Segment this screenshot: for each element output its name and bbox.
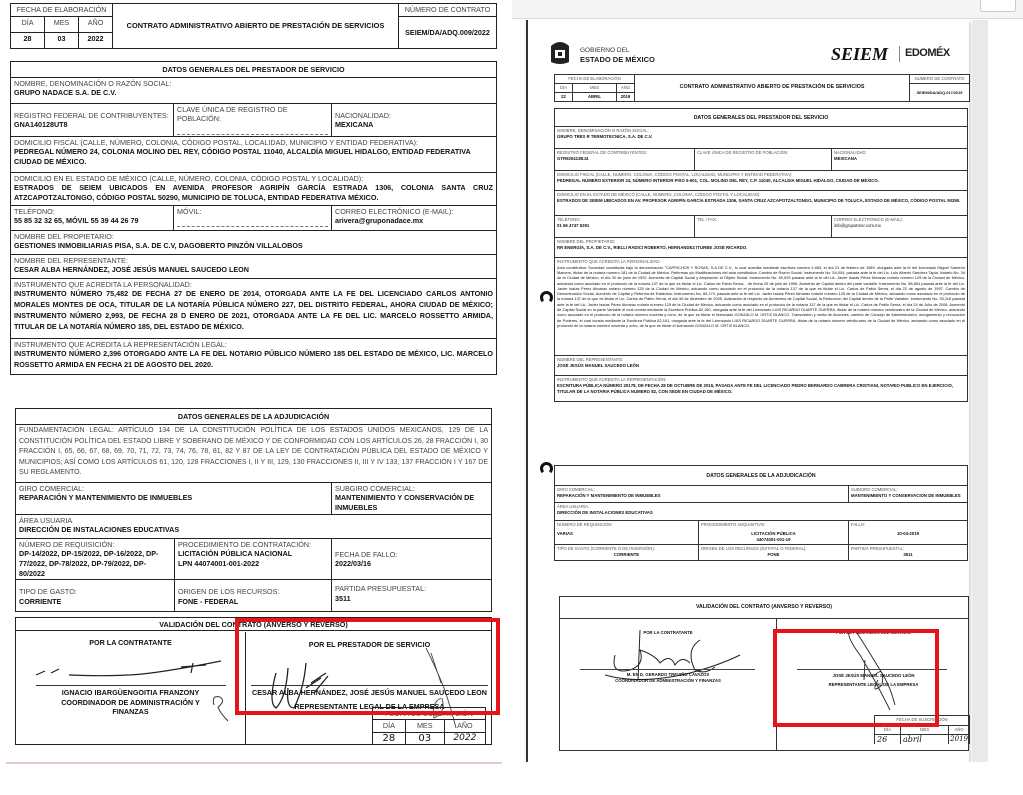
personalidad-value: Acta constitutiva: Sociedad constituida … xyxy=(557,265,965,328)
elaboracion-dia: 28 xyxy=(14,34,41,44)
telefono-label: TELÉFONO: xyxy=(14,207,170,216)
area-usuaria-label: ÁREA USUARIA xyxy=(19,516,488,525)
telefono-value: 55 85 32 32 65, MÓVIL 55 39 44 26 79 xyxy=(14,216,170,226)
adjudicacion-section-title: DATOS GENERALES DE LA ADJUDICACIÓN xyxy=(555,466,968,486)
contratante-role: COORDINADOR DE ADMINISTRACIÓN Y FINANZAS xyxy=(61,698,201,717)
suscripcion-dia-label: DÍA xyxy=(877,727,898,733)
contract-number: SEIEM/DA/ADQ.009/2022 xyxy=(402,28,493,38)
area-usuaria-value: DIRECCIÓN DE INSTALACIONES EDUCATIVAS xyxy=(19,525,488,535)
pdf-page: GOBIERNO DEL ESTADO DE MÉXICO SEIEM EDOM… xyxy=(526,20,969,762)
page-separator xyxy=(6,762,502,764)
suscripcion-mes: 03 xyxy=(405,732,444,744)
suscripcion-mes-label: MES xyxy=(903,727,946,733)
contract-title: CONTRATO ADMINISTRATIVO ABIERTO DE PREST… xyxy=(637,84,907,92)
suscripcion-dia: 26 xyxy=(875,734,901,744)
origen-value: FONE xyxy=(701,552,846,558)
seiem-logo: SEIEM xyxy=(831,44,888,65)
dia-label: DÍA xyxy=(557,85,570,91)
suscripcion-dia: 28 xyxy=(373,732,406,744)
signature-highlight-box xyxy=(235,618,500,715)
viewer-bottom xyxy=(512,762,1023,795)
validacion-section-title: VALIDACIÓN DEL CONTRATO (ANVERSO Y REVER… xyxy=(560,597,968,619)
mes-label: MES xyxy=(575,85,614,91)
elaboracion-anio: 2022 xyxy=(82,34,109,44)
procedimiento-number: LPN 44074001-001-2022 xyxy=(178,559,328,569)
email-value: arivera@gruponadace.mx xyxy=(335,216,493,226)
personalidad-label: INSTRUMENTO QUE ACREDITA LA PERSONALIDAD… xyxy=(14,280,493,289)
requisicion-value: VARIAS xyxy=(557,531,696,537)
suscripcion-mes: abril xyxy=(901,734,949,744)
prestador-section: DATOS GENERALES DEL PRESTADOR DEL SERVIC… xyxy=(554,108,968,402)
propietario-label: NOMBRE DEL PROPIETARIO: xyxy=(14,232,493,241)
fallo-value: 2022/03/16 xyxy=(335,559,488,569)
representacion-label: INSTRUMENTO QUE ACREDITA LA REPRESENTACI… xyxy=(14,340,493,349)
tipo-gasto-value: CORRIENTE xyxy=(19,597,171,607)
prestador-section-title: DATOS GENERALES DEL PRESTADOR DE SERVICI… xyxy=(11,62,497,78)
area-usuaria-value: DIRECCIÓN DE INSTALACIONES EDUCATIVAS xyxy=(557,510,965,516)
nombre-label: NOMBRE, DENOMINACIÓN O RAZÓN SOCIAL: xyxy=(14,79,493,88)
contratante-signature xyxy=(31,653,231,683)
prestador-section: DATOS GENERALES DEL PRESTADOR DE SERVICI… xyxy=(10,61,497,375)
personalidad-value: INSTRUMENTO NÚMERO 75,482 DE FECHA 27 DE… xyxy=(14,289,493,332)
elaboracion-mes: ABRIL xyxy=(575,94,614,100)
signature-highlight-box xyxy=(773,629,939,727)
elaboracion-anio: 2019 xyxy=(619,94,632,100)
domicilio-edomex: ESTRADOS DE SEIEM UBICADOS EN AV. PROFES… xyxy=(557,198,965,204)
origen-label: ORIGEN DE LOS RECURSOS: xyxy=(178,587,328,596)
suscripcion-dia-label: DÍA xyxy=(376,721,402,730)
adjudicacion-section-title: DATOS GENERALES DE LA ADJUDICACIÓN xyxy=(16,409,492,425)
contract-2022-document: FECHA DE ELABORACIÓN CONTRATO ADMINISTRA… xyxy=(0,0,512,795)
propietario-value: RR ENERGÍA, S.A. DE C.V., RIELLI RADICI … xyxy=(557,245,965,251)
giro-value: REPARACIÓN Y MANTENIMIENTO DE INMUEBLES xyxy=(557,493,846,499)
nacionalidad-label: NACIONALIDAD: xyxy=(335,111,493,120)
gobierno-edomex-logo-icon xyxy=(548,38,572,66)
representante-value: CESAR ALBA HERNÁNDEZ, JOSÉ JESÚS MANUEL … xyxy=(14,265,493,275)
subgiro-value: MANTENIMIENTO Y CONSERVACION DE INMUEBLE… xyxy=(851,493,965,499)
partida-label: PARTIDA PRESUPUESTAL: xyxy=(335,584,488,593)
edomex-logo: EDOMÉX xyxy=(905,47,950,59)
viewer-button[interactable] xyxy=(980,0,1016,12)
adjudicacion-section: DATOS GENERALES DE LA ADJUDICACIÓN FUNDA… xyxy=(15,408,492,612)
procedimiento-label: PROCEDIMIENTO DE CONTRATACIÓN: xyxy=(178,540,328,549)
fecha-elaboracion-label: FECHA DE ELABORACIÓN xyxy=(14,5,109,14)
rfc-value: GTR920413BJ4 xyxy=(557,156,692,162)
giro-label: GIRO COMERCIAL: xyxy=(19,484,328,493)
subgiro-value: MANTENIMIENTO Y CONSERVACIÓN DE INMUEBLE… xyxy=(335,493,488,512)
suscripcion-anio: 2019 xyxy=(949,734,970,744)
requisicion-label: NÚMERO DE REQUISICIÓN: xyxy=(19,540,171,549)
punch-hole-icon xyxy=(540,291,553,304)
contratante-initial xyxy=(206,693,236,723)
scrollbar[interactable] xyxy=(972,20,988,762)
telefono-value: 01 66 4747 5291 xyxy=(557,223,692,229)
domicilio-fiscal-label: DOMICILIO FISCAL (CALLE, NÚMERO, COLONIA… xyxy=(14,138,493,147)
procedimiento-label: PROCEDIMIENTO ADQUISITIVO: xyxy=(701,522,846,528)
numero-contrato-label: NÚMERO DE CONTRATO xyxy=(912,76,967,82)
nacionalidad-value: MEXICANA xyxy=(335,120,493,130)
movil-label: MÓVIL: xyxy=(177,207,328,216)
contratante-label: POR LA CONTRATANTE xyxy=(16,638,245,648)
fecha-elaboracion-label: FECHA DE ELABORACIÓN xyxy=(557,76,632,82)
suscripcion-mes-label: MES xyxy=(409,721,441,730)
viewer-toolbar xyxy=(512,0,1023,19)
comparison-view: FECHA DE ELABORACIÓN CONTRATO ADMINISTRA… xyxy=(0,0,1023,795)
domicilio-fiscal: PEDREGAL NÚMERO EXTERIOR 24, NÚMERO INTE… xyxy=(557,178,965,184)
contract-title: CONTRATO ADMINISTRATIVO ABIERTO DE PREST… xyxy=(116,21,395,31)
requisicion-value: DP-14/2022, DP-15/2022, DP-16/2022, DP-7… xyxy=(19,549,171,578)
estado-label: ESTADO DE MÉXICO xyxy=(580,55,655,64)
contract-header: FECHA DE ELABORACIÓN CONTRATO ADMINISTRA… xyxy=(554,74,970,102)
suscripcion-anio: 2022 xyxy=(444,732,485,744)
tipo-gasto-label: TIPO DE GASTO: xyxy=(19,587,171,596)
tipo-gasto-value: CORRIENTE xyxy=(557,552,696,558)
requisicion-label: NÚMERO DE REQUISICIÓN: xyxy=(557,522,696,528)
propietario-value: GESTIONES INMOBILIARIAS PISA, S.A. DE C.… xyxy=(14,241,493,251)
email-label: CORREO ELECTRÓNICO (E-MAIL): xyxy=(335,207,493,216)
curp-label: CLAVE ÚNICA DE REGISTRO DE POBLACIÓN: xyxy=(697,150,829,156)
razon-social: GRUPO TRES R TERMOTECNICA, S.A. DE C.V. xyxy=(557,134,965,140)
movil-empty-field xyxy=(177,220,328,227)
fundamentacion-legal: FUNDAMENTACIÓN LEGAL: ARTÍCULO 134 DE LA… xyxy=(19,426,488,479)
domicilio-fiscal: PEDREGAL NÚMERO 24, COLONIA MOLINO DEL R… xyxy=(14,147,493,166)
contratante-role: COORDINADOR DE ADMINISTRACIÓN Y FINANZAS xyxy=(560,678,776,684)
fallo-label: FALLO: xyxy=(851,522,965,528)
origen-value: FONE - FEDERAL xyxy=(178,597,328,607)
email-value: info@grupotresr.com.mx xyxy=(834,223,965,229)
telfax-label: TEL / FAX: xyxy=(697,217,829,223)
representacion-value: INSTRUMENTO NÚMERO 2,396 OTORGADO ANTE L… xyxy=(14,349,493,371)
rfc-value: GNA140128UT8 xyxy=(14,120,170,130)
elaboracion-mes: 03 xyxy=(48,34,75,44)
suscripcion-anio-label: AÑO xyxy=(951,727,967,733)
contract-2019-document: GOBIERNO DEL ESTADO DE MÉXICO SEIEM EDOM… xyxy=(512,0,1023,795)
curp-empty-field xyxy=(177,128,328,135)
mes-label: MES xyxy=(48,18,75,27)
contract-number: SEIEM/DA/ADQ.017/2019 xyxy=(912,90,967,96)
partida-value: 3511 xyxy=(851,552,965,558)
adjudicacion-section: DATOS GENERALES DE LA ADJUDICACIÓN GIRO … xyxy=(554,465,968,561)
giro-value: REPARACIÓN Y MANTENIMIENTO DE INMUEBLES xyxy=(19,493,328,503)
suscripcion-anio-label: AÑO xyxy=(448,721,482,730)
contract-header: FECHA DE ELABORACIÓN CONTRATO ADMINISTRA… xyxy=(10,3,497,49)
anio-label: AÑO xyxy=(82,18,109,27)
dia-label: DÍA xyxy=(14,18,41,27)
procedimiento-number: 44074001-001-19 xyxy=(701,537,846,543)
numero-contrato-label: NÚMERO DE CONTRATO xyxy=(402,5,493,14)
domicilio-edomex-label: DOMICILIO EN EL ESTADO DE MÉXICO (CALLE,… xyxy=(14,174,493,183)
anio-label: AÑO xyxy=(619,85,632,91)
punch-hole-icon xyxy=(540,462,553,475)
subgiro-label: SUBGIRO COMERCIAL: xyxy=(335,484,488,493)
razon-social: GRUPO NADACE S.A. DE C.V. xyxy=(14,88,493,98)
gobierno-label: GOBIERNO DEL xyxy=(580,47,629,54)
representante-value: JOSÉ JESÚS MANUEL SAUCEDO LEÓN xyxy=(557,363,965,369)
representante-label: NOMBRE DEL REPRESENTANTE: xyxy=(14,256,493,265)
nacionalidad-value: MEXICANA xyxy=(834,156,965,162)
partida-value: 3511 xyxy=(335,594,488,604)
elaboracion-dia: 22 xyxy=(557,94,570,100)
rfc-label: REGISTRO FEDERAL DE CONTRIBUYENTES: xyxy=(14,111,170,120)
fallo-value: 10-04-2019 xyxy=(851,531,965,537)
domicilio-edomex: ESTRADOS DE SEIEM UBICADOS EN AVENIDA PR… xyxy=(14,183,493,202)
prestador-section-title: DATOS GENERALES DEL PRESTADOR DEL SERVIC… xyxy=(555,109,968,127)
curp-label: CLAVE ÚNICA DE REGISTRO DE POBLACIÓN: xyxy=(177,105,328,124)
procedimiento-value: LICITACIÓN PÚBLICA NACIONAL xyxy=(178,549,328,559)
representacion-value: ESCRITURA PÚBLICA NÚMERO 20178, DE FECHA… xyxy=(557,383,965,395)
fallo-label: FECHA DE FALLO: xyxy=(335,550,488,559)
